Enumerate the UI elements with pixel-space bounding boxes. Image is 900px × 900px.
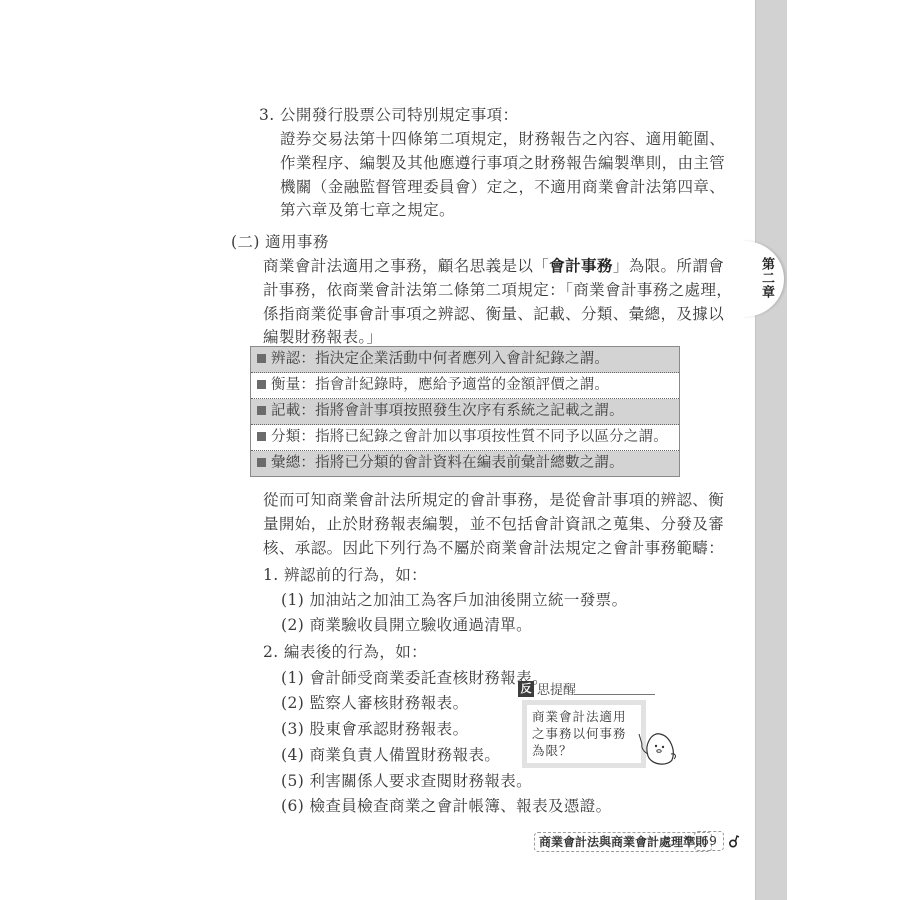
list-item: (1) 加油站之加油工為客戶加油後開立統一發票。 (281, 588, 627, 610)
definition-term: 衡量 (271, 377, 300, 393)
note-box: 商業會計法適用 之事務以何事務 為限？ (522, 700, 646, 768)
list-item: (4) 商業負責人備置財務報表。 (281, 743, 500, 765)
list-item: (3) 股東會承認財務報表。 (281, 717, 468, 739)
definition-text: ：指會計紀錄時，應給予適當的金額評價之謂。 (300, 377, 609, 393)
section-b-emphasis: 會計事務 (549, 257, 613, 275)
note-line: 之事務以何事務 (532, 725, 636, 742)
note-title-rule (575, 694, 655, 695)
section-3-line: 機關（金融監督管理委員會）定之，不適用商業會計法第四章、 (280, 175, 725, 197)
note-title: 思提醒 (537, 679, 576, 698)
square-bullet-icon (257, 458, 266, 467)
conclusion-line: 從而可知商業會計法所規定的會計事務，是從會計事項的辨認、衡 (263, 488, 724, 510)
section-3-line: 證券交易法第十四條第二項規定，財務報告之內容、適用範圍、 (280, 127, 725, 149)
section-b-line: 係指商業從事會計事項之辨認、衡量、記載、分類、彙總，及據以 (263, 302, 724, 324)
book-page: 第二章 3. 公開發行股票公司特別規定事項： 證券交易法第十四條第二項規定，財務… (0, 0, 900, 900)
section-3-line: 第六章及第七章之規定。 (280, 198, 455, 220)
list-1-heading: 1. 辨認前的行為，如： (263, 563, 427, 585)
chapter-tab-label: 第二章 (752, 257, 774, 299)
note-badge: 反 (518, 681, 534, 697)
list-item: (1) 會計師受商業委託查核財務報表。 (281, 666, 548, 688)
note-line: 為限？ (532, 742, 636, 759)
definition-term: 彙總 (271, 455, 300, 471)
definition-row: 彙總：指將已分類的會計資料在編表前彙計總數之謂。 (251, 451, 679, 476)
square-bullet-icon (257, 432, 266, 441)
note-question: 商業會計法適用 之事務以何事務 為限？ (527, 705, 641, 763)
definition-text: ：指決定企業活動中何者應列入會計紀錄之謂。 (300, 351, 609, 367)
footer-ornament-icon (728, 834, 740, 848)
definition-row: 衡量：指會計紀錄時，應給予適當的金額評價之謂。 (251, 373, 679, 399)
conclusion-line: 核、承認。因此下列行為不屬於商業會計法規定之會計事務範疇： (263, 536, 724, 558)
list-item: (2) 商業驗收員開立驗收通過清單。 (281, 613, 532, 635)
page-number: 69 (694, 831, 724, 851)
list-item: (5) 利害關係人要求查閱財務報表。 (281, 769, 532, 791)
definition-text: ：指將已分類的會計資料在編表前彙計總數之謂。 (300, 455, 623, 471)
definitions-table: 辨認：指決定企業活動中何者應列入會計紀錄之謂。 衡量：指會計紀錄時，應給予適當的… (250, 346, 680, 477)
definition-row: 辨認：指決定企業活動中何者應列入會計紀錄之謂。 (251, 347, 679, 373)
list-2-heading: 2. 編表後的行為，如： (263, 640, 427, 662)
page-edge-strip (755, 0, 787, 900)
definition-term: 分類 (271, 429, 300, 445)
reflection-note: 反 思提醒 商業會計法適用 之事務以何事務 為限？ (518, 676, 658, 776)
list-item: (6) 檢查員檢查商業之會計帳簿、報表及憑證。 (281, 794, 612, 816)
list-item: (2) 監察人審核財務報表。 (281, 691, 468, 713)
definition-term: 辨認 (271, 351, 300, 367)
section-3-heading: 3. 公開發行股票公司特別規定事項： (259, 103, 518, 125)
section-b-line: 計事務，依商業會計法第二條第二項規定：「商業會計事務之處理， (263, 278, 732, 300)
definition-row: 記載：指將會計事項按照發生次序有系統之記載之謂。 (251, 399, 679, 425)
chick-mascot-icon (638, 726, 678, 768)
section-b-line: 商業會計法適用之事務，顧名思義是以「會計事務」為限。所謂會 (263, 254, 724, 276)
section-b-line: 編製財務報表。」 (263, 325, 382, 347)
definition-term: 記載 (271, 403, 300, 419)
running-footer-title: 商業會計法與商業會計處理準則 (534, 832, 712, 852)
definition-text: ：指將已紀錄之會計加以事項按性質不同予以區分之謂。 (300, 429, 668, 445)
definition-text: ：指將會計事項按照發生次序有系統之記載之謂。 (300, 403, 623, 419)
definition-row: 分類：指將已紀錄之會計加以事項按性質不同予以區分之謂。 (251, 425, 679, 451)
section-b-text: 」為限。所謂會 (613, 257, 724, 275)
section-3-line: 作業程序、編製及其他應遵行事項之財務報告編製準則，由主管 (280, 151, 725, 173)
square-bullet-icon (257, 354, 266, 363)
square-bullet-icon (257, 380, 266, 389)
section-b-text: 商業會計法適用之事務，顧名思義是以「 (263, 257, 549, 275)
square-bullet-icon (257, 406, 266, 415)
note-line: 商業會計法適用 (532, 708, 636, 725)
conclusion-line: 量開始，止於財務報表編製，並不包括會計資訊之蒐集、分發及審 (263, 512, 724, 534)
section-b-heading: (二) 適用事務 (231, 230, 329, 252)
